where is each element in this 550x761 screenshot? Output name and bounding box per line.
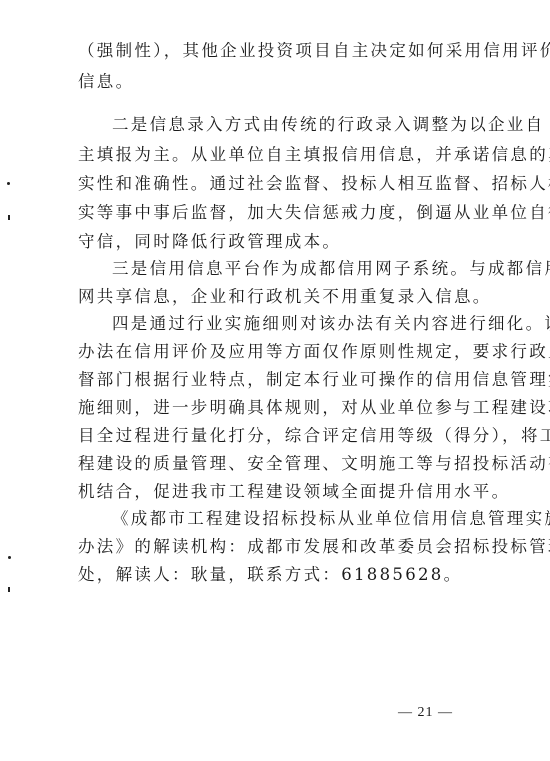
margin-mark [8,556,11,559]
text-line: 施细则，进一步明确具体规则，对从业单位参与工程建设项 [78,398,488,418]
text-line: 信息。 [78,72,488,92]
text-line: 实性和准确性。通过社会监督、投标人相互监督、招标人核 [78,174,488,194]
text-line: 主填报为主。从业单位自主填报信用信息，并承诺信息的真 [78,145,488,165]
text-line: 程建设的质量管理、安全管理、文明施工等与招投标活动有 [78,454,488,474]
text-line: 机结合，促进我市工程建设领域全面提升信用水平。 [78,482,488,502]
margin-mark [7,182,10,185]
text-line: （强制性），其他企业投资项目自主决定如何采用信用评价 [78,41,488,61]
text-line: 督部门根据行业特点，制定本行业可操作的信用信息管理实 [78,370,488,390]
text-line: 网共享信息，企业和行政机关不用重复录入信息。 [78,287,488,307]
margin-mark [8,215,10,220]
text-line: 守信，同时降低行政管理成本。 [78,232,488,252]
page-number: — 21 — [398,705,453,721]
text-line: 四是通过行业实施细则对该办法有关内容进行细化。该 [112,314,488,334]
text-line: 实等事中事后监督，加大失信惩戒力度，倒逼从业单位自律 [78,203,488,223]
text-line: 处，解读人：耿量，联系方式：61885628。 [78,565,488,585]
text-line: 二是信息录入方式由传统的行政录入调整为以企业自 [112,115,488,135]
document-page: （强制性），其他企业投资项目自主决定如何采用信用评价 信息。 二是信息录入方式由… [0,0,550,761]
text-line: 办法在信用评价及应用等方面仅作原则性规定，要求行政监 [78,342,488,362]
text-line: 《成都市工程建设招标投标从业单位信用信息管理实施 [112,509,488,529]
text-line: 三是信用信息平台作为成都信用网子系统。与成都信用 [112,259,488,279]
margin-mark [8,587,10,592]
text-line: 目全过程进行量化打分，综合评定信用等级（得分），将工 [78,426,488,446]
text-line: 办法》的解读机构：成都市发展和改革委员会招标投标管理 [78,537,488,557]
